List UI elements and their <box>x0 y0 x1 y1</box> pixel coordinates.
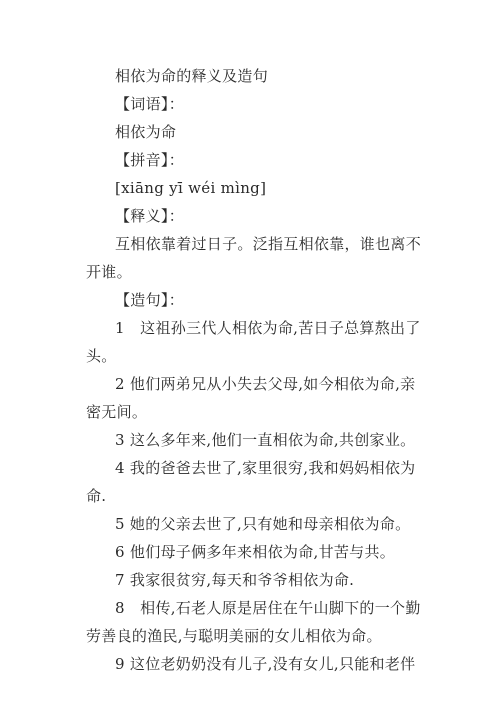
example-8: 8 相传,石老人原是居住在午山脚下的一个勤 劳善良的渔民,与聪明美丽的女儿相依为… <box>86 594 420 650</box>
example-line: 9 这位老奶奶没有儿子,没有女儿,只能和老伴 <box>86 650 420 678</box>
document-page: 相依为命的释义及造句 【词语】： 相依为命 【拼音】： [xiāng yī wé… <box>86 62 420 678</box>
example-line: 8 相传,石老人原是居住在午山脚下的一个勤 <box>86 594 420 622</box>
meaning-text-line1: 互相依靠着过日子。泛指互相依靠，谁也离不 <box>86 230 420 258</box>
example-line: 头。 <box>86 342 420 370</box>
example-7: 7 我家很贫穷,每天和爷爷相依为命. <box>86 566 420 594</box>
document-title: 相依为命的释义及造句 <box>86 62 420 90</box>
pinyin-heading: 【拼音】： <box>86 146 420 174</box>
example-line: 5 她的父亲去世了,只有她和母亲相依为命。 <box>86 510 420 538</box>
example-line: 7 我家很贫穷,每天和爷爷相依为命. <box>86 566 420 594</box>
example-5: 5 她的父亲去世了,只有她和母亲相依为命。 <box>86 510 420 538</box>
example-4: 4 我的爸爸去世了,家里很穷,我和妈妈相依为 命. <box>86 454 420 510</box>
example-6: 6 他们母子俩多年来相依为命,甘苦与共。 <box>86 538 420 566</box>
pinyin-text: [xiāng yī wéi mìng] <box>86 174 420 202</box>
example-line: 6 他们母子俩多年来相依为命,甘苦与共。 <box>86 538 420 566</box>
word-text: 相依为命 <box>86 118 420 146</box>
examples-heading: 【造句】： <box>86 286 420 314</box>
example-3: 3 这么多年来,他们一直相依为命,共创家业。 <box>86 426 420 454</box>
word-heading: 【词语】： <box>86 90 420 118</box>
meaning-text-line2: 开谁。 <box>86 258 420 286</box>
example-line: 劳善良的渔民,与聪明美丽的女儿相依为命。 <box>86 622 420 650</box>
example-line: 1 这祖孙三代人相依为命,苦日子总算熬出了 <box>86 314 420 342</box>
example-9: 9 这位老奶奶没有儿子,没有女儿,只能和老伴 <box>86 650 420 678</box>
example-line: 密无间。 <box>86 398 420 426</box>
example-1: 1 这祖孙三代人相依为命,苦日子总算熬出了 头。 <box>86 314 420 370</box>
example-line: 命. <box>86 482 420 510</box>
example-line: 2 他们两弟兄从小失去父母,如今相依为命,亲 <box>86 370 420 398</box>
example-line: 4 我的爸爸去世了,家里很穷,我和妈妈相依为 <box>86 454 420 482</box>
example-line: 3 这么多年来,他们一直相依为命,共创家业。 <box>86 426 420 454</box>
meaning-heading: 【释义】： <box>86 202 420 230</box>
example-2: 2 他们两弟兄从小失去父母,如今相依为命,亲 密无间。 <box>86 370 420 426</box>
